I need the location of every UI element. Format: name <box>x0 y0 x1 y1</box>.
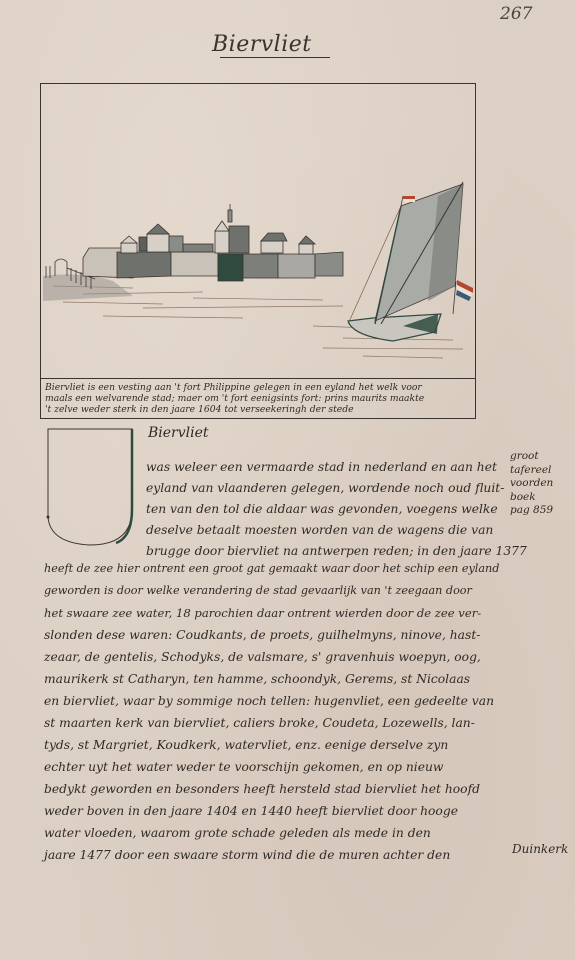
section-heading: Biervliet <box>148 425 209 441</box>
illustration-caption: Biervliet is een vesting aan 't fort Phi… <box>45 382 471 415</box>
margin-note: groot tafereel voorden boek pag 859 <box>510 450 553 518</box>
caption-line: 't zelve weder sterk in den jaare 1604 t… <box>45 404 471 415</box>
text-line: geworden is door welke verandering de st… <box>44 584 472 597</box>
caption-line: Biervliet is een vesting aan 't fort Phi… <box>45 382 471 393</box>
text-line: maurikerk st Catharyn, ten hamme, schoon… <box>44 672 470 686</box>
illustration-frame: Biervliet is een vesting aan 't fort Phi… <box>40 83 476 419</box>
margin-note-line: groot <box>510 450 553 464</box>
illustration-caption-box: Biervliet is een vesting aan 't fort Phi… <box>41 378 475 419</box>
text-line: st maarten kerk van biervliet, caliers b… <box>44 716 475 730</box>
caption-line: maals een welvarende stad; maer om 't fo… <box>45 393 471 404</box>
margin-note-line: pag 859 <box>510 504 553 518</box>
text-line: water vloeden, waarom grote schade geled… <box>44 826 431 840</box>
text-line: ten van den tol die aldaar was gevonden,… <box>146 502 498 516</box>
catchword: Duinkerk <box>512 842 568 856</box>
manuscript-page: 267 Biervliet <box>0 0 575 960</box>
text-line: echter uyt het water weder te voorschijn… <box>44 760 443 774</box>
margin-note-line: tafereel <box>510 464 553 478</box>
margin-note-line: voorden <box>510 477 553 491</box>
coat-of-arms-shield-icon <box>46 427 134 547</box>
margin-note-line: boek <box>510 491 553 505</box>
text-line: deselve betaalt moesten worden van de wa… <box>146 523 493 537</box>
title-flourish <box>220 57 330 58</box>
text-line: en biervliet, waar by sommige noch telle… <box>44 694 494 708</box>
text-line: jaare 1477 door een swaare storm wind di… <box>44 848 450 862</box>
text-line: het swaare zee water, 18 parochien daar … <box>44 606 481 620</box>
shore-icon <box>43 274 133 301</box>
text-line: weder boven in den jaare 1404 en 1440 he… <box>44 804 458 818</box>
text-line: zeaar, de gentelis, Schodyks, de valsmar… <box>44 650 481 664</box>
sailing-boat-icon <box>348 182 463 341</box>
pennant-icon <box>403 196 415 202</box>
dutch-flag-icon <box>453 280 473 314</box>
text-line: tyds, st Margriet, Koudkerk, watervliet,… <box>44 738 448 752</box>
town-buildings-icon <box>121 204 315 254</box>
text-line: brugge door biervliet na antwerpen reden… <box>146 544 527 558</box>
text-line: slonden dese waren: Coudkants, de proets… <box>44 628 480 642</box>
text-line: eyland van vlaanderen gelegen, wordende … <box>146 481 504 495</box>
text-line: was weleer een vermaarde stad in nederla… <box>146 460 497 474</box>
town-view-drawing <box>43 86 473 376</box>
folio-number: 267 <box>500 4 532 24</box>
text-line: bedykt geworden en besonders heeft herst… <box>44 782 480 796</box>
text-line: heeft de zee hier ontrent een groot gat … <box>44 562 499 575</box>
page-title: Biervliet <box>212 32 312 57</box>
